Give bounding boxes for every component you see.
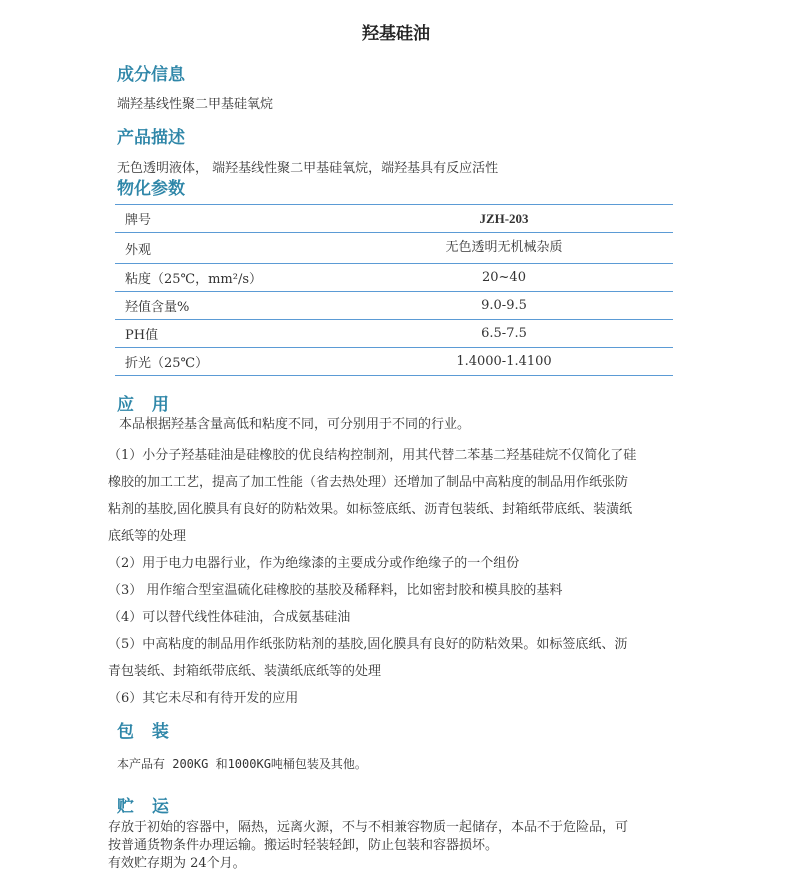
table-cell-key: 粘度（25℃，mm²/s） xyxy=(115,264,375,292)
table-cell-value: 无色透明无机械杂质 xyxy=(375,233,673,264)
packaging-text: 本产品有 200KG 和1000KG吨桶包装及其他。 xyxy=(117,755,367,772)
table-row: 外观 无色透明无机械杂质 xyxy=(115,233,673,264)
application-heading: 应 用 xyxy=(117,390,175,415)
table-cell-value: 1.4000-1.4100 xyxy=(375,348,673,376)
table-cell-key: 牌号 xyxy=(115,205,375,233)
application-line: （4）可以替代线性体硅油，合成氨基硅油 xyxy=(108,606,350,625)
page-title: 羟基硅油 xyxy=(0,19,792,44)
application-line: 底纸等的处理 xyxy=(108,525,186,544)
storage-line: 有效贮存期为 24个月。 xyxy=(108,852,246,871)
table-row: 折光（25℃） 1.4000-1.4100 xyxy=(115,348,673,376)
storage-line: 存放于初始的容器中，隔热，远离火源，不与不相兼容物质一起储存，本品不于危险品，可 xyxy=(108,816,628,835)
table-row: 羟值含量% 9.0-9.5 xyxy=(115,292,673,320)
table-cell-value: 20~40 xyxy=(375,264,673,292)
application-line: 粘剂的基胶,固化膜具有良好的防粘效果。如标签底纸、沥青包装纸、封箱纸带底纸、装潢… xyxy=(108,498,632,517)
properties-table: 牌号 JZH-203 外观 无色透明无机械杂质 粘度（25℃，mm²/s） 20… xyxy=(115,204,673,376)
table-cell-value: 9.0-9.5 xyxy=(375,292,673,320)
table-row: PH值 6.5-7.5 xyxy=(115,320,673,348)
table-cell-key: 折光（25℃） xyxy=(115,348,375,376)
packaging-heading: 包 装 xyxy=(117,717,175,742)
application-line: （5）中高粘度的制品用作纸张防粘剂的基胶,固化膜具有良好的防粘效果。如标签底纸、… xyxy=(108,633,627,652)
application-line: 青包装纸、封箱纸带底纸、装潢纸底纸等的处理 xyxy=(108,660,381,679)
table-row: 牌号 JZH-203 xyxy=(115,205,673,233)
table-cell-key: PH值 xyxy=(115,320,375,348)
application-line: （2）用于电力电器行业，作为绝缘漆的主要成分或作绝缘子的一个组份 xyxy=(108,552,519,571)
composition-heading: 成分信息 xyxy=(117,60,185,85)
application-line: （1）小分子羟基硅油是硅橡胶的优良结构控制剂，用其代替二苯基二羟基硅烷不仅简化了… xyxy=(108,444,636,463)
application-intro: 本品根据羟基含量高低和粘度不同，可分别用于不同的行业。 xyxy=(119,413,470,432)
application-line: （3） 用作缩合型室温硫化硅橡胶的基胶及稀释料，比如密封胶和模具胶的基料 xyxy=(108,579,562,598)
storage-heading: 贮 运 xyxy=(117,792,175,817)
table-cell-value: 6.5-7.5 xyxy=(375,320,673,348)
table-cell-key: 羟值含量% xyxy=(115,292,375,320)
storage-line: 按普通货物条件办理运输。搬运时轻装轻卸，防止包装和容器损坏。 xyxy=(108,834,498,853)
composition-text: 端羟基线性聚二甲基硅氧烷 xyxy=(117,93,273,112)
application-line: 橡胶的加工工艺，提高了加工性能（省去热处理）还增加了制品中高粘度的制品用作纸张防 xyxy=(108,471,628,490)
table-row: 粘度（25℃，mm²/s） 20~40 xyxy=(115,264,673,292)
table-cell-value: JZH-203 xyxy=(375,205,673,233)
application-line: （6）其它未尽和有待开发的应用 xyxy=(108,687,298,706)
table-cell-key: 外观 xyxy=(115,233,375,264)
description-heading: 产品描述 xyxy=(117,123,185,148)
properties-heading: 物化参数 xyxy=(117,174,185,199)
